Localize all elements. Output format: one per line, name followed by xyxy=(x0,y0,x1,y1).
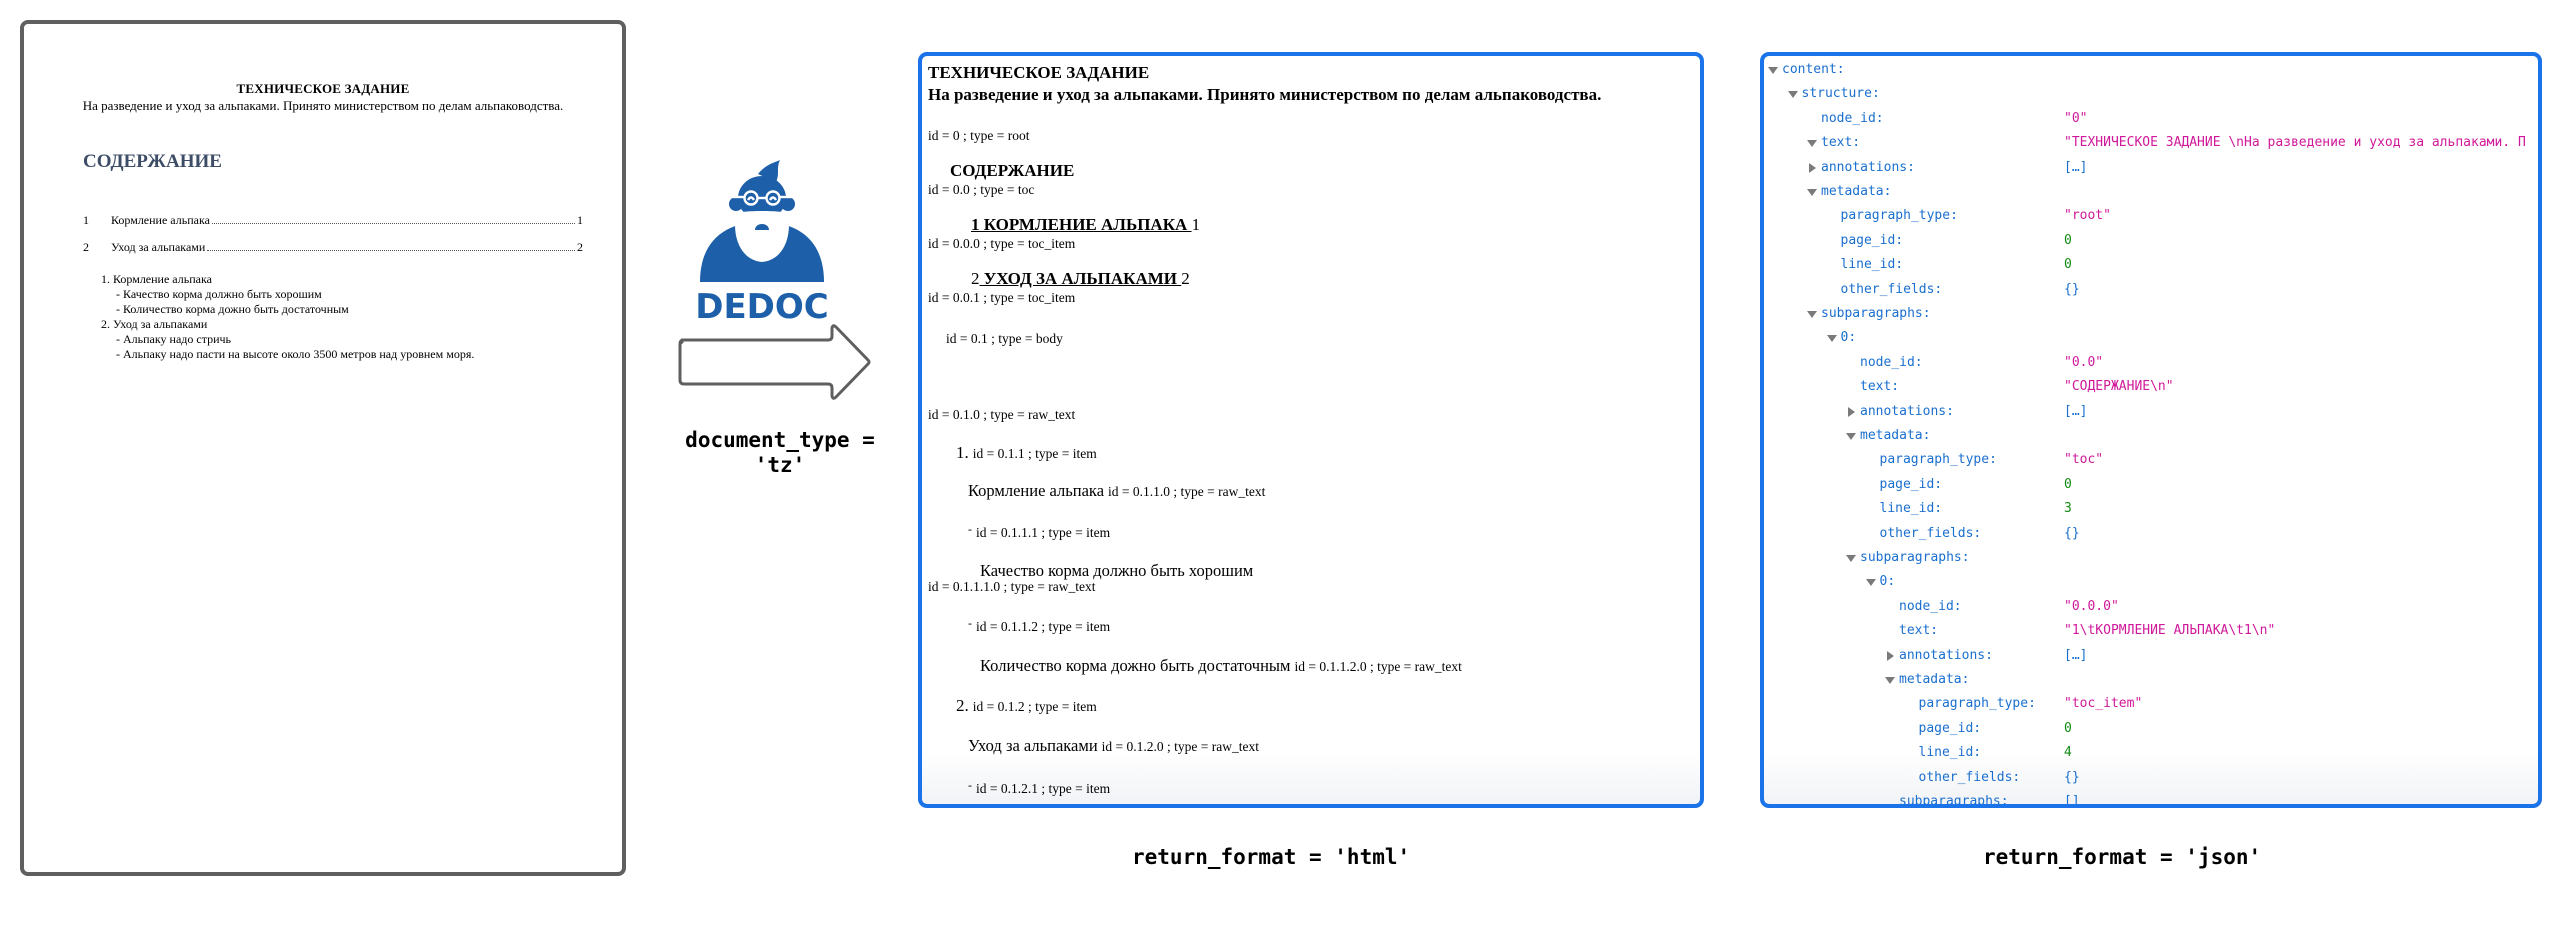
toc-number: 1 xyxy=(83,213,111,228)
item-number: 2. xyxy=(956,696,969,715)
json-tree-row: node_id:"0" xyxy=(1764,107,2542,131)
json-value: {} xyxy=(2064,522,2080,546)
item-meta: id = 0.1.1.2.0 ; type = raw_text xyxy=(1294,659,1461,674)
html-toc-item-2[interactable]: 2 УХОД ЗА АЛЬПАКАМИ 2 xyxy=(971,269,1190,289)
html-title-line2: На разведение и уход за альпаками. Приня… xyxy=(928,85,1601,105)
json-tree-row: line_id:0 xyxy=(1764,253,2542,277)
json-value: [] xyxy=(2064,790,2080,808)
json-tree-row: page_id:0 xyxy=(1764,717,2542,741)
toc-item-page: 2 xyxy=(1181,269,1190,288)
html-title-line1: ТЕХНИЧЕСКОЕ ЗАДАНИЕ xyxy=(928,63,1149,83)
json-tree-row[interactable]: annotations:[…] xyxy=(1764,156,2542,180)
json-key: page_id: xyxy=(1919,717,1982,741)
html-item-2-text: Уход за альпаками id = 0.1.2.0 ; type = … xyxy=(968,736,1259,756)
collapse-triangle-icon[interactable] xyxy=(1848,407,1855,417)
json-value: […] xyxy=(2064,644,2087,668)
item-meta: id = 0.1.1.2 ; type = item xyxy=(976,619,1110,634)
source-list: 1. Кормление альпака- Качество корма дол… xyxy=(101,272,474,362)
json-tree-row: paragraph_type:"root" xyxy=(1764,204,2542,228)
toc-item-label: КОРМЛЕНИЕ АЛЬПАКА xyxy=(980,215,1192,234)
json-tree-row: other_fields:{} xyxy=(1764,278,2542,302)
expand-triangle-icon[interactable] xyxy=(1866,579,1876,586)
html-item-1: 1. id = 0.1.1 ; type = item xyxy=(956,443,1097,463)
document-type-line2: 'tz' xyxy=(660,453,900,478)
html-toc-item-1[interactable]: 1 КОРМЛЕНИЕ АЛЬПАКА 1 xyxy=(971,215,1200,235)
json-key: text: xyxy=(1821,131,1860,155)
json-tree-row[interactable]: annotations:[…] xyxy=(1764,400,2542,424)
source-toc-row: 1 Кормление альпака 1 xyxy=(83,213,583,229)
source-document-page: ТЕХНИЧЕСКОЕ ЗАДАНИЕ На разведение и уход… xyxy=(20,20,626,876)
expand-triangle-icon[interactable] xyxy=(1807,189,1817,196)
json-value: […] xyxy=(2064,400,2087,424)
json-key: 0: xyxy=(1841,326,1857,350)
json-output-panel[interactable]: content:structure:node_id:"0"text:"ТЕХНИ… xyxy=(1760,52,2542,808)
json-tree-row: node_id:"0.0.0" xyxy=(1764,595,2542,619)
expand-triangle-icon[interactable] xyxy=(1768,67,1778,74)
json-tree-row[interactable]: annotations:[…] xyxy=(1764,644,2542,668)
html-item-2: 2. id = 0.1.2 ; type = item xyxy=(956,696,1097,716)
json-tree-row[interactable]: metadata: xyxy=(1764,424,2542,448)
json-key: text: xyxy=(1899,619,1938,643)
source-title: ТЕХНИЧЕСКОЕ ЗАДАНИЕ xyxy=(24,81,622,97)
json-tree-row: text:"1\tКОРМЛЕНИЕ АЛЬПАКА\t1\n" xyxy=(1764,619,2542,643)
json-key: paragraph_type: xyxy=(1841,204,1958,228)
toc-label: Уход за альпаками xyxy=(111,240,205,255)
html-format-caption: return_format = 'html' xyxy=(1132,845,1410,869)
json-tree-row: paragraph_type:"toc" xyxy=(1764,448,2542,472)
json-value: "toc" xyxy=(2064,448,2103,472)
source-toc-row: 2 Уход за альпаками 2 xyxy=(83,240,583,256)
json-tree-row: other_fields:{} xyxy=(1764,766,2542,790)
json-key: annotations: xyxy=(1860,400,1954,424)
json-tree-row: page_id:0 xyxy=(1764,229,2542,253)
json-key: line_id: xyxy=(1880,497,1943,521)
item-number: 1. xyxy=(956,443,969,462)
html-meta-toc: id = 0.0 ; type = toc xyxy=(928,182,1034,198)
json-value: "1\tКОРМЛЕНИЕ АЛЬПАКА\t1\n" xyxy=(2064,619,2275,643)
json-tree-row: node_id:"0.0" xyxy=(1764,351,2542,375)
json-tree-row[interactable]: structure: xyxy=(1764,82,2542,106)
collapse-triangle-icon[interactable] xyxy=(1887,651,1894,661)
dash-marker: - xyxy=(968,616,972,630)
json-key: other_fields: xyxy=(1880,522,1982,546)
logo-text: DEDOC xyxy=(696,287,828,322)
json-value: 3 xyxy=(2064,497,2072,521)
toc-item-number: 2 xyxy=(971,269,980,288)
toc-number: 2 xyxy=(83,240,111,255)
expand-triangle-icon[interactable] xyxy=(1846,555,1856,562)
html-item-1-2-text: Количество корма дожно быть достаточным … xyxy=(980,656,1462,676)
json-tree-row[interactable]: content: xyxy=(1764,58,2542,82)
json-key: metadata: xyxy=(1860,424,1930,448)
json-tree-row[interactable]: 0: xyxy=(1764,326,2542,350)
item-meta: id = 0.1.1 ; type = item xyxy=(973,446,1097,461)
expand-triangle-icon[interactable] xyxy=(1846,433,1856,440)
html-item-1-2: - id = 0.1.1.2 ; type = item xyxy=(968,618,1110,636)
json-tree-row: subparagraphs:[] xyxy=(1764,790,2542,808)
json-value: 0 xyxy=(2064,717,2072,741)
expand-triangle-icon[interactable] xyxy=(1807,311,1817,318)
source-subtitle: На разведение и уход за альпаками. Приня… xyxy=(24,98,622,114)
json-key: other_fields: xyxy=(1841,278,1943,302)
json-key: paragraph_type: xyxy=(1919,692,2036,716)
json-key: other_fields: xyxy=(1919,766,2021,790)
source-list-item: - Качество корма должно быть хорошим xyxy=(101,287,474,302)
source-list-item: 1. Кормление альпака xyxy=(101,272,474,287)
item-meta: id = 0.1.2 ; type = item xyxy=(973,699,1097,714)
item-meta: id = 0.1.1.0 ; type = raw_text xyxy=(1108,484,1265,499)
json-tree-row: page_id:0 xyxy=(1764,473,2542,497)
toc-label: Кормление альпака xyxy=(111,213,210,228)
item-text: Кормление альпака xyxy=(968,481,1104,500)
json-key: annotations: xyxy=(1821,156,1915,180)
json-value: "0.0" xyxy=(2064,351,2103,375)
html-meta-root: id = 0 ; type = root xyxy=(928,128,1029,144)
json-value: "0" xyxy=(2064,107,2087,131)
document-type-line1: document_type = xyxy=(660,428,900,453)
toc-leader-dots xyxy=(212,223,575,224)
dash-marker: - xyxy=(968,522,972,536)
item-meta: id = 0.1.1.1 ; type = item xyxy=(976,525,1110,540)
json-value: {} xyxy=(2064,766,2080,790)
json-value: 0 xyxy=(2064,253,2072,277)
json-key: node_id: xyxy=(1860,351,1923,375)
html-item-1-1-text: Качество корма должно быть хорошим xyxy=(980,561,1253,581)
json-key: subparagraphs: xyxy=(1899,790,2009,808)
html-meta-toc-item1: id = 0.0.0 ; type = toc_item xyxy=(928,236,1075,252)
expand-triangle-icon[interactable] xyxy=(1807,140,1817,147)
item-meta: id = 0.1.2.1 ; type = item xyxy=(976,781,1110,796)
json-tree-row: text:"СОДЕРЖАНИЕ\n" xyxy=(1764,375,2542,399)
json-key: paragraph_type: xyxy=(1880,448,1997,472)
json-key: structure: xyxy=(1802,82,1880,106)
json-key: line_id: xyxy=(1919,741,1982,765)
json-value: 0 xyxy=(2064,473,2072,497)
expand-triangle-icon[interactable] xyxy=(1885,677,1895,684)
html-meta-raw-text: id = 0.1.0 ; type = raw_text xyxy=(928,407,1075,423)
item-meta: id = 0.1.2.0 ; type = raw_text xyxy=(1102,739,1259,754)
toc-page: 2 xyxy=(577,240,583,255)
toc-leader-dots xyxy=(207,250,575,251)
json-key: metadata: xyxy=(1821,180,1891,204)
json-tree-row[interactable]: text:"ТЕХНИЧЕСКОЕ ЗАДАНИЕ \nНа разведени… xyxy=(1764,131,2542,155)
json-key: line_id: xyxy=(1841,253,1904,277)
json-value: "root" xyxy=(2064,204,2111,228)
html-item-1-text: Кормление альпака id = 0.1.1.0 ; type = … xyxy=(968,481,1265,501)
json-key: subparagraphs: xyxy=(1860,546,1970,570)
json-tree-row: line_id:3 xyxy=(1764,497,2542,521)
json-key: text: xyxy=(1860,375,1899,399)
json-tree-row[interactable]: 0: xyxy=(1764,570,2542,594)
html-meta-body: id = 0.1 ; type = body xyxy=(946,331,1063,347)
json-value: 4 xyxy=(2064,741,2072,765)
html-meta-item1-1-text: id = 0.1.1.1.0 ; type = raw_text xyxy=(928,579,1095,595)
toc-item-number: 1 xyxy=(971,215,980,234)
source-list-item: - Альпаку надо пасти на высоте около 350… xyxy=(101,347,474,362)
json-key: page_id: xyxy=(1841,229,1904,253)
html-output-panel[interactable]: ТЕХНИЧЕСКОЕ ЗАДАНИЕ На разведение и уход… xyxy=(918,52,1704,808)
html-toc-heading: СОДЕРЖАНИЕ xyxy=(950,161,1074,181)
json-tree-row: other_fields:{} xyxy=(1764,522,2542,546)
html-item-1-1: - id = 0.1.1.1 ; type = item xyxy=(968,524,1110,542)
toc-item-page: 1 xyxy=(1192,215,1201,234)
json-tree-row[interactable]: metadata: xyxy=(1764,180,2542,204)
source-list-item: - Количество корма дожно быть достаточны… xyxy=(101,302,474,317)
json-tree-row[interactable]: subparagraphs: xyxy=(1764,302,2542,326)
json-key: content: xyxy=(1782,58,1845,82)
json-tree-row: line_id:4 xyxy=(1764,741,2542,765)
dash-marker: - xyxy=(968,778,972,792)
toc-item-label: УХОД ЗА АЛЬПАКАМИ xyxy=(980,269,1182,288)
right-arrow-icon xyxy=(676,322,872,402)
json-key: node_id: xyxy=(1899,595,1962,619)
json-key: page_id: xyxy=(1880,473,1943,497)
source-toc-heading: СОДЕРЖАНИЕ xyxy=(83,151,222,173)
json-key: subparagraphs: xyxy=(1821,302,1931,326)
html-item-2-1: - id = 0.1.2.1 ; type = item xyxy=(968,780,1110,798)
json-value: {} xyxy=(2064,278,2080,302)
json-key: metadata: xyxy=(1899,668,1969,692)
json-key: 0: xyxy=(1880,570,1896,594)
json-value: […] xyxy=(2064,156,2087,180)
expand-triangle-icon[interactable] xyxy=(1788,91,1798,98)
json-value: "ТЕХНИЧЕСКОЕ ЗАДАНИЕ \nНа разведение и у… xyxy=(2064,131,2526,155)
json-value: "toc_item" xyxy=(2064,692,2142,716)
item-text: Количество корма дожно быть достаточным xyxy=(980,656,1290,675)
json-value: "СОДЕРЖАНИЕ\n" xyxy=(2064,375,2174,399)
json-tree-row[interactable]: metadata: xyxy=(1764,668,2542,692)
source-list-item: - Альпаку надо стричь xyxy=(101,332,474,347)
json-key: node_id: xyxy=(1821,107,1884,131)
item-text: Уход за альпаками xyxy=(968,736,1098,755)
json-format-caption: return_format = 'json' xyxy=(1983,845,2261,869)
json-key: annotations: xyxy=(1899,644,1993,668)
json-value: "0.0.0" xyxy=(2064,595,2119,619)
html-meta-toc-item2: id = 0.0.1 ; type = toc_item xyxy=(928,290,1075,306)
json-tree-row: paragraph_type:"toc_item" xyxy=(1764,692,2542,716)
json-tree-row[interactable]: subparagraphs: xyxy=(1764,546,2542,570)
source-list-item: 2. Уход за альпаками xyxy=(101,317,474,332)
document-type-label: document_type = 'tz' xyxy=(660,428,900,478)
dedoc-logo-icon: DEDOC xyxy=(696,160,828,322)
json-value: 0 xyxy=(2064,229,2072,253)
expand-triangle-icon[interactable] xyxy=(1827,335,1837,342)
collapse-triangle-icon[interactable] xyxy=(1809,163,1816,173)
toc-page: 1 xyxy=(577,213,583,228)
